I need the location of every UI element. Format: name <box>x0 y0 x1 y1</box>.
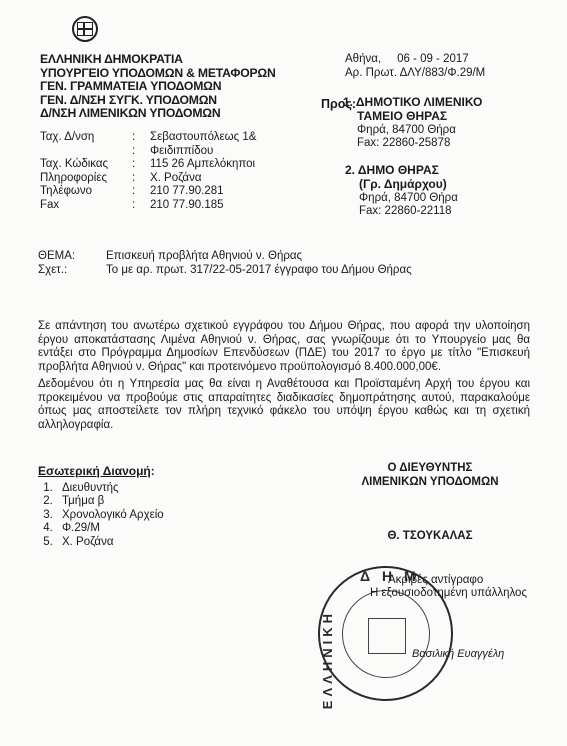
info-sep: : <box>130 185 150 199</box>
info-sep: : <box>130 131 150 145</box>
letterhead-line: ΓΕΝ. Δ/ΝΣΗ ΣΥΓΚ. ΥΠΟΔΟΜΩΝ <box>40 94 276 108</box>
certified-line: Η εξουσιοδοτημένη υπάλληλος <box>370 587 527 600</box>
date-place: Αθήνα, <box>345 53 381 65</box>
greek-coat-of-arms-icon <box>72 16 98 42</box>
info-value: 210 77.90.281 <box>150 185 256 199</box>
signatory-name: Θ. ΤΣΟΥΚΑΛΑΣ <box>330 530 530 542</box>
subject-block: ΘΕΜΑ:Επισκευή προβλήτα Αθηνιού ν. Θήρας … <box>38 249 412 277</box>
recipient-name: 1. ΔΗΜΟΤΙΚΟ ΛΙΜΕΝΙΚΟ <box>343 96 482 110</box>
recipient-name: ΤΑΜΕΙΟ ΘΗΡΑΣ <box>343 110 482 124</box>
recipient-fax: Fax: 22860-25878 <box>343 137 482 151</box>
info-key: Πληροφορίες <box>40 172 130 186</box>
letterhead-line: ΥΠΟΥΡΓΕΙΟ ΥΠΟΔΟΜΩΝ & ΜΕΤΑΦΟΡΩΝ <box>40 67 276 81</box>
protocol-number: Αρ. Πρωτ. ΔΛΥ/883/Φ.29/Μ <box>345 67 485 81</box>
recipient-1: 1. ΔΗΜΟΤΙΚΟ ΛΙΜΕΝΙΚΟ ΤΑΜΕΙΟ ΘΗΡΑΣ Φηρά, … <box>343 96 482 151</box>
info-value: Σεβαστουπόλεως 1& <box>150 131 256 145</box>
body-paragraph-2: Δεδομένου ότι η Υπηρεσία μας θα είναι η … <box>38 378 530 432</box>
distribution-item: Τμήμα β <box>56 495 164 509</box>
distribution-item: Διευθυντής <box>56 482 164 496</box>
certified-line: Ακριβές αντίγραφο <box>388 574 527 587</box>
subject-label: ΘΕΜΑ: <box>38 249 106 263</box>
date-block: Αθήνα,06 - 09 - 2017 Αρ. Πρωτ. ΔΛΥ/883/Φ… <box>345 53 485 80</box>
certified-copy-note: Ακριβές αντίγραφο Η εξουσιοδοτημένη υπάλ… <box>388 574 527 600</box>
signatory-title-line: ΛΙΜΕΝΙΚΩΝ ΥΠΟΔΟΜΩΝ <box>330 476 530 490</box>
info-key: Ταχ. Δ/νση <box>40 131 130 145</box>
info-key <box>40 145 130 159</box>
info-sep: : <box>130 158 150 172</box>
recipient-address: Φηρά, 84700 Θήρα <box>345 192 458 206</box>
recipient-address: Φηρά, 84700 Θήρα <box>343 124 482 138</box>
info-row: Fax:210 77.90.185 <box>40 199 256 213</box>
info-row: :Φειδιππίδου <box>40 145 256 159</box>
letterhead-line: Δ/ΝΣΗ ΛΙΜΕΝΙΚΩΝ ΥΠΟΔΟΜΩΝ <box>40 107 276 121</box>
info-row: Πληροφορίες:Χ. Ροζάνα <box>40 172 256 186</box>
letterhead: ΕΛΛΗΝΙΚΗ ΔΗΜΟΚΡΑΤΙΑ ΥΠΟΥΡΓΕΙΟ ΥΠΟΔΟΜΩΝ &… <box>40 53 276 121</box>
info-sep: : <box>130 145 150 159</box>
info-row: Ταχ. Κώδικας:115 26 Αμπελόκηποι <box>40 158 256 172</box>
stamp-left-text: ΕΛΛΗΝΙΚΗ <box>320 610 335 709</box>
signatory-title: Ο ΔΙΕΥΘΥΝΤΗΣ ΛΙΜΕΝΙΚΩΝ ΥΠΟΔΟΜΩΝ <box>330 462 530 489</box>
internal-distribution: Εσωτερική Διανομή: Διευθυντής Τμήμα β Χρ… <box>38 465 164 549</box>
info-value: Φειδιππίδου <box>150 145 256 159</box>
recipient-name: 2. ΔΗΜΟ ΘΗΡΑΣ <box>345 164 458 178</box>
info-key: Τηλέφωνο <box>40 185 130 199</box>
date-value: 06 - 09 - 2017 <box>397 53 469 65</box>
info-row: Ταχ. Δ/νση:Σεβαστουπόλεως 1& <box>40 131 256 145</box>
letterhead-line: ΓΕΝ. ΓΡΑΜΜΑΤΕΙΑ ΥΠΟΔΟΜΩΝ <box>40 80 276 94</box>
recipient-2: 2. ΔΗΜΟ ΘΗΡΑΣ (Γρ. Δημάρχου) Φηρά, 84700… <box>345 164 458 219</box>
distribution-colon: : <box>151 466 155 478</box>
info-sep: : <box>130 172 150 186</box>
reference-label: Σχετ.: <box>38 263 106 277</box>
info-row: Τηλέφωνο:210 77.90.281 <box>40 185 256 199</box>
subject-text: Επισκευή προβλήτα Αθηνιού ν. Θήρας <box>106 249 412 263</box>
recipient-name: (Γρ. Δημάρχου) <box>345 178 458 192</box>
stamp-emblem-icon <box>368 618 406 654</box>
distribution-item: Χρονολογικό Αρχείο <box>56 509 164 523</box>
sender-info: Ταχ. Δ/νση:Σεβαστουπόλεως 1& :Φειδιππίδο… <box>40 131 256 212</box>
reference-text: Το με αρ. πρωτ. 317/22-05-2017 έγγραφο τ… <box>106 263 412 277</box>
info-sep: : <box>130 199 150 213</box>
info-value: Χ. Ροζάνα <box>150 172 256 186</box>
distribution-title: Εσωτερική Διανομή <box>38 464 151 478</box>
distribution-item: Φ.29/Μ <box>56 522 164 536</box>
handwritten-signature: Βασιλική Ευαγγέλη <box>412 648 504 660</box>
info-value: 115 26 Αμπελόκηποι <box>150 158 256 172</box>
distribution-item: Χ. Ροζάνα <box>56 536 164 550</box>
letterhead-line: ΕΛΛΗΝΙΚΗ ΔΗΜΟΚΡΑΤΙΑ <box>40 53 276 67</box>
info-value: 210 77.90.185 <box>150 199 256 213</box>
info-key: Fax <box>40 199 130 213</box>
signatory-title-line: Ο ΔΙΕΥΘΥΝΤΗΣ <box>330 462 530 476</box>
info-key: Ταχ. Κώδικας <box>40 158 130 172</box>
recipient-fax: Fax: 22860-22118 <box>345 205 458 219</box>
body-paragraph-1: Σε απάντηση του ανωτέρω σχετικού εγγράφο… <box>38 320 530 374</box>
